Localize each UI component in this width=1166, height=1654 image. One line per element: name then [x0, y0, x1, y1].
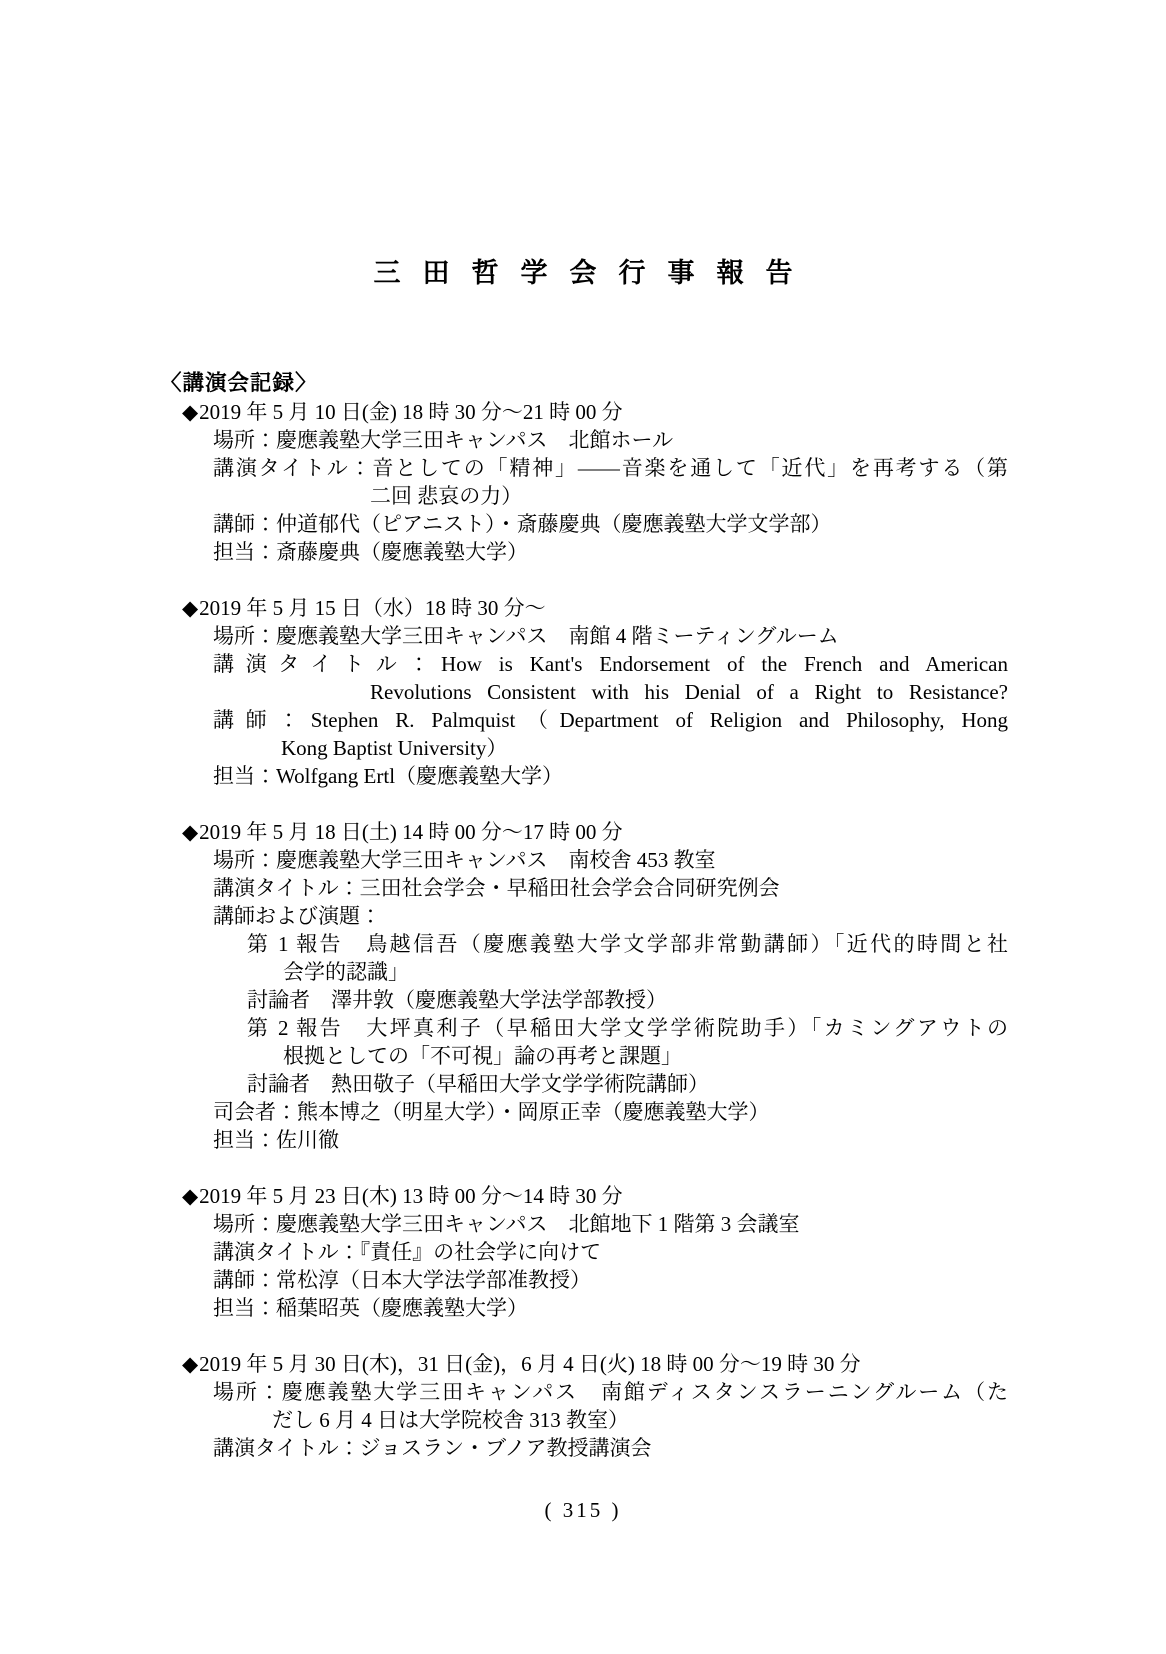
- event-line: 講演タイトル：ジョスラン・ブノア教授講演会: [160, 1434, 1008, 1462]
- event-date: 2019 年 5 月 15 日（水）18 時 30 分～: [199, 596, 546, 620]
- event-date: 2019 年 5 月 30 日(木)，31 日(金)，6 月 4 日(火) 18…: [199, 1352, 860, 1376]
- event-date-line: ◆2019 年 5 月 15 日（水）18 時 30 分～: [160, 594, 1008, 622]
- event-line: だし 6 月 4 日は大学院校舎 313 教室）: [160, 1406, 1008, 1434]
- event: ◆2019 年 5 月 15 日（水）18 時 30 分～場所：慶應義塾大学三田…: [160, 594, 1008, 790]
- event-date-line: ◆2019 年 5 月 18 日(土) 14 時 00 分～17 時 00 分: [160, 818, 1008, 846]
- event-line: 場所：慶應義塾大学三田キャンパス 南館 4 階ミーティングルーム: [160, 622, 1008, 650]
- event-line: 二回 悲哀の力）: [160, 482, 1008, 510]
- bullet-diamond-icon: ◆: [182, 400, 198, 424]
- event-line: 討論者 澤井敦（慶應義塾大学法学部教授）: [160, 986, 1008, 1014]
- events-list: ◆2019 年 5 月 10 日(金) 18 時 30 分～21 時 00 分場…: [160, 398, 1008, 1462]
- event-line: 場所：慶應義塾大学三田キャンパス 北館ホール: [160, 426, 1008, 454]
- event-line: 第 2 報告 大坪真利子（早稲田大学文学学術院助手）「カミングアウトの: [160, 1014, 1008, 1042]
- event-line: 講師および演題：: [160, 902, 1008, 930]
- event-line: 講演タイトル：『責任』の社会学に向けて: [160, 1238, 1008, 1266]
- bullet-diamond-icon: ◆: [182, 820, 198, 844]
- event-date: 2019 年 5 月 18 日(土) 14 時 00 分～17 時 00 分: [199, 820, 623, 844]
- event: ◆2019 年 5 月 23 日(木) 13 時 00 分～14 時 30 分場…: [160, 1182, 1008, 1322]
- event-line: 講演タイトル：三田社会学会・早稲田社会学会合同研究例会: [160, 874, 1008, 902]
- event-line: 講演タイトル：How is Kant's Endorsement of the …: [160, 650, 1008, 678]
- event-line: Revolutions Consistent with his Denial o…: [160, 678, 1008, 706]
- event-line: 会学的認識」: [160, 958, 1008, 986]
- event-line: 担当：稲葉昭英（慶應義塾大学）: [160, 1294, 1008, 1322]
- document-page: 三田哲学会行事報告 〈講演会記録〉 ◆2019 年 5 月 10 日(金) 18…: [0, 0, 1166, 1654]
- event-date-line: ◆2019 年 5 月 30 日(木)，31 日(金)，6 月 4 日(火) 1…: [160, 1350, 1008, 1378]
- bullet-diamond-icon: ◆: [182, 1352, 198, 1376]
- event-date-line: ◆2019 年 5 月 23 日(木) 13 時 00 分～14 時 30 分: [160, 1182, 1008, 1210]
- section-heading: 〈講演会記録〉: [160, 368, 1008, 398]
- event-line: Kong Baptist University）: [160, 734, 1008, 762]
- page-title: 三田哲学会行事報告: [0, 256, 1166, 290]
- event-line: 担当：斎藤慶典（慶應義塾大学）: [160, 538, 1008, 566]
- event: ◆2019 年 5 月 10 日(金) 18 時 30 分～21 時 00 分場…: [160, 398, 1008, 566]
- event-line: 場所：慶應義塾大学三田キャンパス 南校舎 453 教室: [160, 846, 1008, 874]
- bullet-diamond-icon: ◆: [182, 1184, 198, 1208]
- event-line: 司会者：熊本博之（明星大学）・岡原正幸（慶應義塾大学）: [160, 1098, 1008, 1126]
- event-date-line: ◆2019 年 5 月 10 日(金) 18 時 30 分～21 時 00 分: [160, 398, 1008, 426]
- event: ◆2019 年 5 月 30 日(木)，31 日(金)，6 月 4 日(火) 1…: [160, 1350, 1008, 1462]
- event-line: 担当：佐川徹: [160, 1126, 1008, 1154]
- event-line: 第 1 報告 鳥越信吾（慶應義塾大学文学部非常勤講師）「近代的時間と社: [160, 930, 1008, 958]
- event-date: 2019 年 5 月 10 日(金) 18 時 30 分～21 時 00 分: [199, 400, 623, 424]
- event: ◆2019 年 5 月 18 日(土) 14 時 00 分～17 時 00 分場…: [160, 818, 1008, 1154]
- event-line: 場所：慶應義塾大学三田キャンパス 北館地下 1 階第 3 会議室: [160, 1210, 1008, 1238]
- event-line: 講演タイトル：音としての「精神」――音楽を通して「近代」を再考する（第: [160, 454, 1008, 482]
- content-area: 〈講演会記録〉 ◆2019 年 5 月 10 日(金) 18 時 30 分～21…: [160, 368, 1008, 1462]
- page-title-text: 三田哲学会行事報告: [374, 258, 815, 288]
- event-line: 講師：Stephen R. Palmquist（Department of Re…: [160, 706, 1008, 734]
- event-line: 講師：常松淳（日本大学法学部准教授）: [160, 1266, 1008, 1294]
- event-date: 2019 年 5 月 23 日(木) 13 時 00 分～14 時 30 分: [199, 1184, 623, 1208]
- event-line: 根拠としての「不可視」論の再考と課題」: [160, 1042, 1008, 1070]
- event-line: 担当：Wolfgang Ertl（慶應義塾大学）: [160, 762, 1008, 790]
- event-line: 討論者 熱田敬子（早稲田大学文学学術院講師）: [160, 1070, 1008, 1098]
- bullet-diamond-icon: ◆: [182, 596, 198, 620]
- page-number: ( 315 ): [0, 1498, 1166, 1523]
- event-line: 講師：仲道郁代（ピアニスト）・斎藤慶典（慶應義塾大学文学部）: [160, 510, 1008, 538]
- event-line: 場所：慶應義塾大学三田キャンパス 南館ディスタンスラーニングルーム（た: [160, 1378, 1008, 1406]
